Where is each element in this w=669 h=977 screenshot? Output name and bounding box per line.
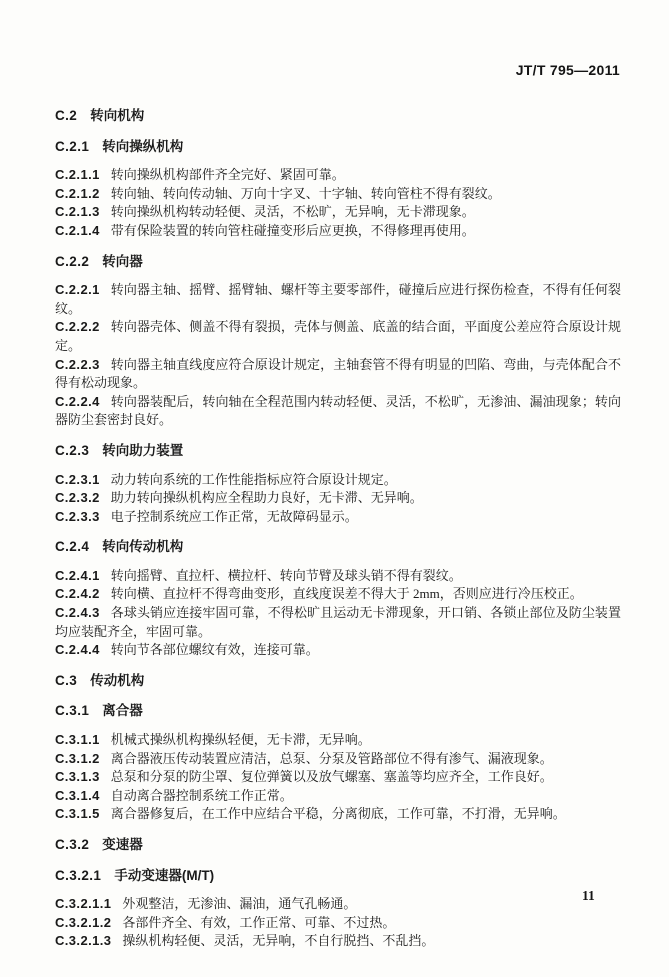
subsection-heading: C.2.4转向传动机构	[55, 538, 621, 557]
clause: C.2.3.2助力转向操纵机构应全程助力良好，无卡滞、无异响。	[55, 489, 621, 508]
clause-text: 转向横、直拉杆不得弯曲变形，直线度误差不得大于 2mm，否则应进行冷压校正。	[111, 586, 583, 601]
clause-text: 自动离合器控制系统工作正常。	[111, 788, 293, 803]
heading-text: 转向传动机构	[102, 539, 183, 554]
clause: C.2.1.2转向轴、转向传动轴、万向十字叉、十字轴、转向管柱不得有裂纹。	[55, 185, 621, 204]
clause: C.2.4.2转向横、直拉杆不得弯曲变形，直线度误差不得大于 2mm，否则应进行…	[55, 585, 621, 604]
clause: C.2.2.3转向器主轴直线度应符合原设计规定，主轴套管不得有明显的凹陷、弯曲，…	[55, 356, 621, 393]
heading-text: 转向器	[102, 254, 143, 269]
clause: C.3.2.1.1外观整洁，无渗油、漏油，通气孔畅通。	[55, 895, 621, 914]
section-heading: C.2转向机构	[55, 107, 621, 126]
clause-number: C.2.2.2	[55, 319, 100, 334]
clause-number: C.2.2	[55, 254, 89, 269]
subsection-heading: C.3.2.1手动变速器(M/T)	[55, 867, 621, 886]
heading-text: 离合器	[102, 703, 143, 718]
clause-number: C.2.1.3	[55, 204, 100, 219]
clause-text: 机械式操纵机构操纵轻便，无卡滞，无异响。	[111, 732, 371, 747]
clause-text: 动力转向系统的工作性能指标应符合原设计规定。	[111, 472, 397, 487]
clause-number: C.3.1.2	[55, 751, 100, 766]
clause-text: 外观整洁，无渗油、漏油，通气孔畅通。	[122, 896, 356, 911]
heading-text: 转向操纵机构	[102, 139, 183, 154]
clause-text: 各球头销应连接牢固可靠，不得松旷且运动无卡滞现象，开口销、各锁止部位及防尘装置均…	[55, 605, 621, 639]
clause-number: C.2.2.1	[55, 282, 100, 297]
subsection-heading: C.2.1转向操纵机构	[55, 138, 621, 157]
clause: C.3.2.1.3操纵机构轻便、灵活，无异响，不自行脱挡、不乱挡。	[55, 932, 621, 951]
document-page: JT/T 795—2011 C.2转向机构C.2.1转向操纵机构C.2.1.1转…	[0, 0, 669, 977]
clause-text: 转向器壳体、侧盖不得有裂损，壳体与侧盖、底盖的结合面，平面度公差应符合原设计规定…	[55, 319, 621, 353]
clause-text: 转向器装配后，转向轴在全程范围内转动轻便、灵活，不松旷，无渗油、漏油现象；转向器…	[55, 394, 621, 428]
clause-number: C.2.1.1	[55, 167, 100, 182]
clause-number: C.2.4.3	[55, 605, 100, 620]
subsection-heading: C.3.2变速器	[55, 836, 621, 855]
clause-number: C.2.4.1	[55, 568, 100, 583]
clause-text: 转向轴、转向传动轴、万向十字叉、十字轴、转向管柱不得有裂纹。	[111, 186, 501, 201]
clause: C.2.4.1转向摇臂、直拉杆、横拉杆、转向节臂及球头销不得有裂纹。	[55, 567, 621, 586]
document-body: C.2转向机构C.2.1转向操纵机构C.2.1.1转向操纵机构部件齐全完好、紧固…	[55, 95, 621, 951]
clause-text: 离合器液压传动装置应清洁，总泵、分泵及管路部位不得有渗气、漏液现象。	[111, 751, 553, 766]
clause: C.2.1.3转向操纵机构转动轻便、灵活，不松旷，无异响，无卡滞现象。	[55, 203, 621, 222]
clause: C.2.4.3各球头销应连接牢固可靠，不得松旷且运动无卡滞现象，开口销、各锁止部…	[55, 604, 621, 641]
clause: C.2.4.4转向节各部位螺纹有效，连接可靠。	[55, 641, 621, 660]
clause-number: C.2.2.4	[55, 394, 100, 409]
clause-text: 转向器主轴、摇臂、摇臂轴、螺杆等主要零部件，碰撞后应进行探伤检查，不得有任何裂纹…	[55, 282, 621, 316]
clause-number: C.3	[55, 673, 77, 688]
clause: C.2.2.1转向器主轴、摇臂、摇臂轴、螺杆等主要零部件，碰撞后应进行探伤检查，…	[55, 281, 621, 318]
clause: C.2.1.4带有保险装置的转向管柱碰撞变形后应更换，不得修理再使用。	[55, 222, 621, 241]
clause-number: C.3.2.1	[55, 868, 101, 883]
clause-text: 各部件齐全、有效，工作正常、可靠、不过热。	[122, 915, 395, 930]
clause-number: C.3.1.4	[55, 788, 100, 803]
clause-text: 转向操纵机构部件齐全完好、紧固可靠。	[111, 167, 345, 182]
clause-number: C.3.2.1.3	[55, 933, 111, 948]
clause-number: C.2.1	[55, 139, 89, 154]
clause-text: 转向摇臂、直拉杆、横拉杆、转向节臂及球头销不得有裂纹。	[111, 568, 462, 583]
clause-number: C.2	[55, 108, 77, 123]
clause: C.2.2.2转向器壳体、侧盖不得有裂损，壳体与侧盖、底盖的结合面，平面度公差应…	[55, 318, 621, 355]
clause-number: C.2.3.3	[55, 509, 100, 524]
clause: C.3.1.2离合器液压传动装置应清洁，总泵、分泵及管路部位不得有渗气、漏液现象…	[55, 750, 621, 769]
clause-number: C.3.1.3	[55, 769, 100, 784]
clause-text: 助力转向操纵机构应全程助力良好，无卡滞、无异响。	[111, 490, 423, 505]
clause-number: C.3.1.1	[55, 732, 100, 747]
clause-number: C.2.1.4	[55, 223, 100, 238]
clause-number: C.3.2	[55, 837, 89, 852]
subsection-heading: C.2.3转向助力装置	[55, 442, 621, 461]
clause-number: C.3.1.5	[55, 806, 100, 821]
clause-number: C.2.1.2	[55, 186, 100, 201]
heading-text: 手动变速器(M/T)	[114, 868, 214, 883]
clause-number: C.2.4	[55, 539, 89, 554]
clause-text: 总泵和分泵的防尘罩、复位弹簧以及放气螺塞、塞盖等均应齐全，工作良好。	[111, 769, 553, 784]
clause: C.3.1.1机械式操纵机构操纵轻便，无卡滞，无异响。	[55, 731, 621, 750]
clause-number: C.3.2.1.1	[55, 896, 111, 911]
heading-text: 变速器	[102, 837, 143, 852]
heading-text: 转向机构	[90, 108, 144, 123]
clause-text: 转向操纵机构转动轻便、灵活，不松旷，无异响，无卡滞现象。	[111, 204, 475, 219]
subsection-heading: C.2.2转向器	[55, 253, 621, 272]
clause-text: 电子控制系统应工作正常，无故障码显示。	[111, 509, 358, 524]
clause-number: C.2.2.3	[55, 357, 100, 372]
section-heading: C.3传动机构	[55, 672, 621, 691]
clause-text: 带有保险装置的转向管柱碰撞变形后应更换，不得修理再使用。	[111, 223, 475, 238]
clause-text: 操纵机构轻便、灵活，无异响，不自行脱挡、不乱挡。	[122, 933, 434, 948]
page-number: 11	[582, 888, 595, 904]
clause-number: C.2.3	[55, 443, 89, 458]
clause: C.3.2.1.2各部件齐全、有效，工作正常、可靠、不过热。	[55, 914, 621, 933]
clause-number: C.2.4.2	[55, 586, 100, 601]
clause-number: C.3.1	[55, 703, 89, 718]
clause-number: C.2.3.2	[55, 490, 100, 505]
clause: C.3.1.5离合器修复后，在工作中应结合平稳，分离彻底，工作可靠，不打滑，无异…	[55, 805, 621, 824]
heading-text: 传动机构	[90, 673, 144, 688]
clause: C.2.3.1动力转向系统的工作性能指标应符合原设计规定。	[55, 471, 621, 490]
clause-text: 转向节各部位螺纹有效，连接可靠。	[111, 642, 319, 657]
clause-number: C.2.3.1	[55, 472, 100, 487]
clause: C.2.3.3电子控制系统应工作正常，无故障码显示。	[55, 508, 621, 527]
heading-text: 转向助力装置	[102, 443, 183, 458]
subsection-heading: C.3.1离合器	[55, 702, 621, 721]
clause: C.3.1.4自动离合器控制系统工作正常。	[55, 787, 621, 806]
clause-text: 离合器修复后，在工作中应结合平稳，分离彻底，工作可靠，不打滑，无异响。	[111, 806, 566, 821]
clause-text: 转向器主轴直线度应符合原设计规定，主轴套管不得有明显的凹陷、弯曲，与壳体配合不得…	[55, 357, 621, 391]
clause-number: C.2.4.4	[55, 642, 100, 657]
doc-code: JT/T 795—2011	[516, 62, 620, 78]
clause: C.2.2.4转向器装配后，转向轴在全程范围内转动轻便、灵活，不松旷，无渗油、漏…	[55, 393, 621, 430]
clause: C.3.1.3总泵和分泵的防尘罩、复位弹簧以及放气螺塞、塞盖等均应齐全，工作良好…	[55, 768, 621, 787]
clause-number: C.3.2.1.2	[55, 915, 111, 930]
clause: C.2.1.1转向操纵机构部件齐全完好、紧固可靠。	[55, 166, 621, 185]
